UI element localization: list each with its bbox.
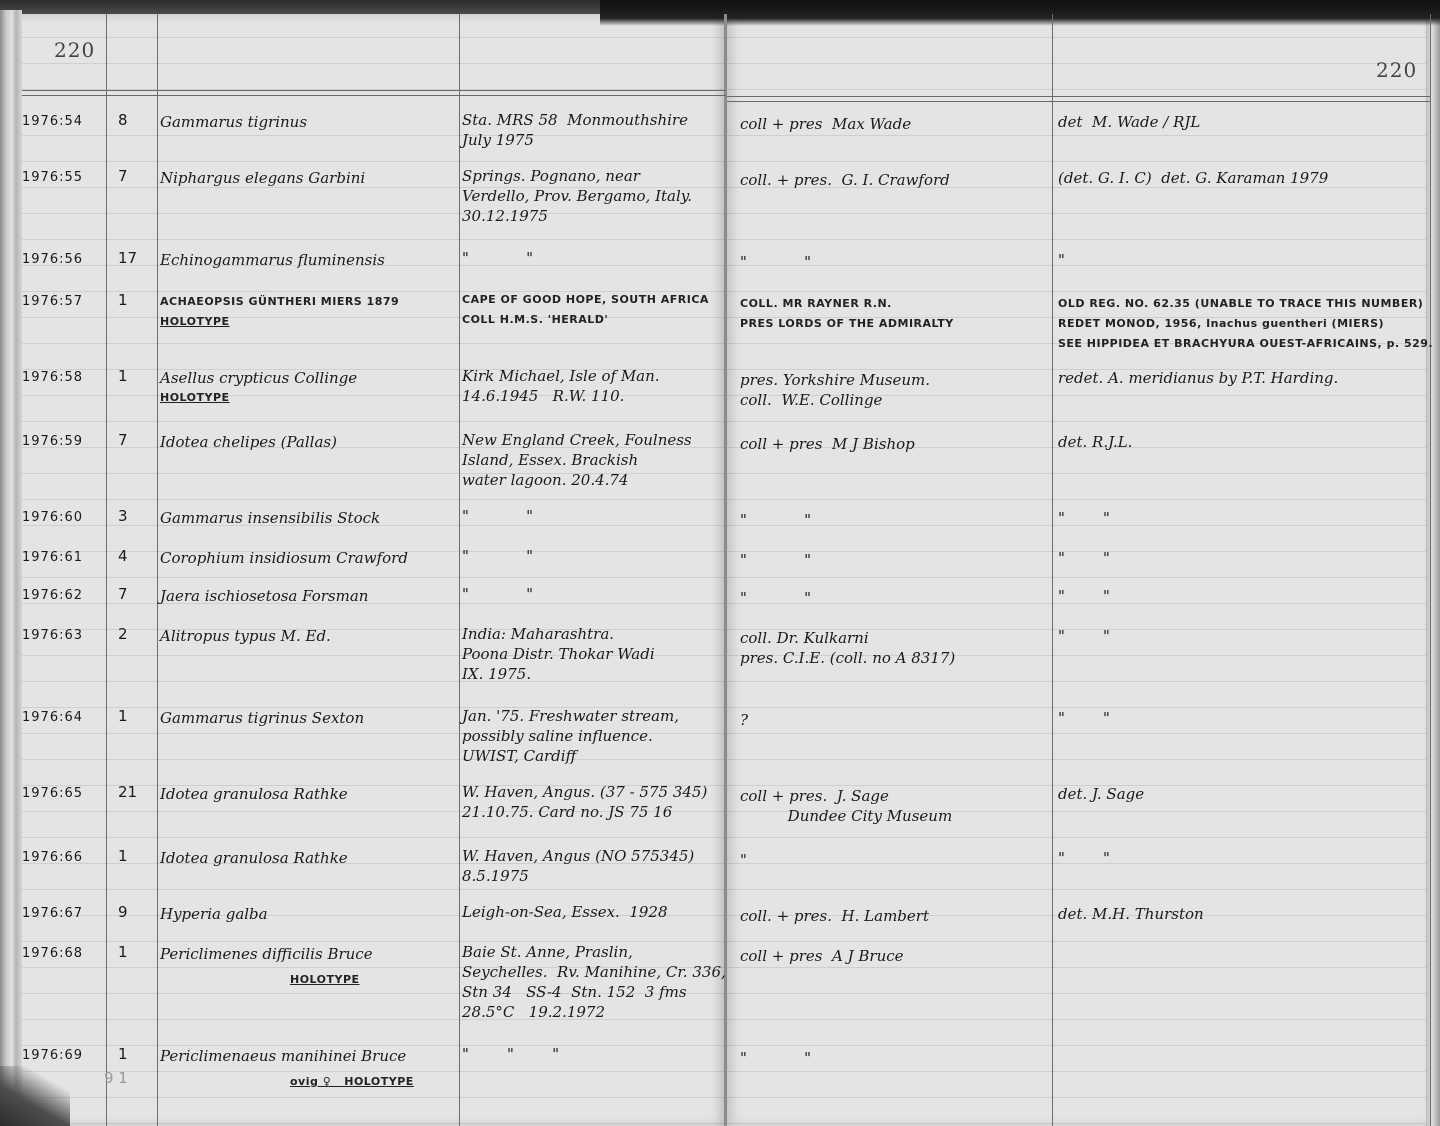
page-edge bbox=[1426, 20, 1440, 1126]
species-name: Idotea granulosa Rathke bbox=[160, 848, 348, 868]
determination-remarks: det. M.H. Thurston bbox=[1058, 904, 1204, 924]
locality: Leigh-on-Sea, Essex. 1928 bbox=[462, 902, 668, 922]
specimen-count: 4 bbox=[118, 546, 128, 566]
register-number: 1976:63 bbox=[22, 626, 83, 646]
specimen-count: 17 bbox=[118, 248, 137, 268]
collector-presenter: ? bbox=[740, 710, 748, 730]
specimen-count: 8 bbox=[118, 110, 128, 130]
specimen-count: 7 bbox=[118, 584, 128, 604]
determination-remarks: det M. Wade / RJL bbox=[1058, 112, 1200, 132]
locality: Jan. '75. Freshwater stream, possibly sa… bbox=[462, 706, 679, 766]
specimen-count: 7 bbox=[118, 166, 128, 186]
locality: W. Haven, Angus. (37 - 575 345) 21.10.75… bbox=[462, 782, 707, 822]
species-name: Jaera ischiosetosa Forsman bbox=[160, 586, 368, 606]
specimen-count: 1 bbox=[118, 290, 128, 310]
species-name: Niphargus elegans Garbini bbox=[160, 168, 365, 188]
specimen-count: 1 bbox=[118, 366, 128, 386]
locality: W. Haven, Angus (NO 575345) 8.5.1975 bbox=[462, 846, 694, 886]
collector-presenter: " " bbox=[740, 588, 811, 608]
species-name: Periclimenaeus manihinei Bruce bbox=[160, 1046, 406, 1066]
locality: CAPE OF GOOD HOPE, SOUTH AFRICA COLL H.M… bbox=[462, 290, 709, 330]
determination-remarks: " bbox=[1058, 250, 1065, 270]
collector-presenter: coll + pres A J Bruce bbox=[740, 946, 904, 966]
column-rule bbox=[157, 14, 158, 1126]
collector-presenter: " " bbox=[740, 550, 811, 570]
determination-remarks: det. J. Sage bbox=[1058, 784, 1144, 804]
specimen-count: 1 bbox=[118, 1044, 128, 1064]
register-number: 1976:56 bbox=[22, 250, 83, 270]
register-number: 1976:60 bbox=[22, 508, 83, 528]
column-rule bbox=[1430, 14, 1431, 1126]
collector-presenter: " bbox=[740, 850, 747, 870]
species-name: Gammarus tigrinus bbox=[160, 112, 307, 132]
species-name: Idotea chelipes (Pallas) bbox=[160, 432, 337, 452]
type-status: HOLOTYPE bbox=[290, 970, 360, 990]
right-page-number: 220 bbox=[1376, 58, 1417, 82]
determination-remarks: " " bbox=[1058, 626, 1110, 646]
left-page-number: 220 bbox=[54, 38, 95, 62]
locality: Springs. Pognano, near Verdello, Prov. B… bbox=[462, 166, 692, 226]
determination-remarks: " " bbox=[1058, 848, 1110, 868]
determination-remarks: " " bbox=[1058, 586, 1110, 606]
specimen-count: 21 bbox=[118, 782, 137, 802]
specimen-count: 1 bbox=[118, 706, 128, 726]
specimen-count: 1 bbox=[118, 846, 128, 866]
determination-remarks: redet. A. meridianus by P.T. Harding. bbox=[1058, 368, 1338, 388]
register-number: 1976:57 bbox=[22, 292, 83, 312]
species-name: Idotea granulosa Rathke bbox=[160, 784, 348, 804]
collector-presenter: coll. + pres. G. I. Crawford bbox=[740, 170, 950, 190]
locality: India: Maharashtra. Poona Distr. Thokar … bbox=[462, 624, 655, 684]
register-number: 1976:54 bbox=[22, 112, 83, 132]
species-name: Hyperia galba bbox=[160, 904, 268, 924]
species-name: Alitropus typus M. Ed. bbox=[160, 626, 331, 646]
locality: " " " bbox=[462, 1044, 559, 1064]
register-book: 220 220 1976:548Gammarus tigrinusSta. MR… bbox=[0, 0, 1440, 1126]
species-name: Asellus crypticus Collinge bbox=[160, 368, 357, 388]
collector-presenter: pres. Yorkshire Museum. coll. W.E. Colli… bbox=[740, 370, 930, 410]
register-number: 1976:64 bbox=[22, 708, 83, 728]
locality: Baie St. Anne, Praslin, Seychelles. Rv. … bbox=[462, 942, 726, 1022]
collector-presenter: " " bbox=[740, 252, 811, 272]
specimen-count: 1 bbox=[118, 942, 128, 962]
register-number: 1976:65 bbox=[22, 784, 83, 804]
species-name: Gammarus tigrinus Sexton bbox=[160, 708, 364, 728]
register-number: 1976:55 bbox=[22, 168, 83, 188]
collector-presenter: " " bbox=[740, 510, 811, 530]
register-number: 1976:62 bbox=[22, 586, 83, 606]
determination-remarks: " " bbox=[1058, 708, 1110, 728]
register-number: 1976:68 bbox=[22, 944, 83, 964]
locality: " " bbox=[462, 584, 533, 604]
collector-presenter: COLL. MR RAYNER R.N. PRES LORDS OF THE A… bbox=[740, 294, 954, 334]
collector-presenter: coll + pres. J. Sage Dundee City Museum bbox=[740, 786, 952, 826]
column-rule bbox=[1052, 14, 1053, 1126]
collector-presenter: coll. + pres. H. Lambert bbox=[740, 906, 929, 926]
species-name: Echinogammarus fluminensis bbox=[160, 250, 385, 270]
determination-remarks: OLD REG. NO. 62.35 (UNABLE TO TRACE THIS… bbox=[1058, 294, 1433, 354]
locality: " " bbox=[462, 546, 533, 566]
specimen-count: 7 bbox=[118, 430, 128, 450]
determination-remarks: det. R.J.L. bbox=[1058, 432, 1132, 452]
register-number: 1976:59 bbox=[22, 432, 83, 452]
column-rule bbox=[106, 14, 107, 1126]
specimen-count: 2 bbox=[118, 624, 128, 644]
collector-presenter: coll. Dr. Kulkarni pres. C.I.E. (coll. n… bbox=[740, 628, 955, 668]
locality: Kirk Michael, Isle of Man. 14.6.1945 R.W… bbox=[462, 366, 660, 406]
register-number: 1976:66 bbox=[22, 848, 83, 868]
locality: Sta. MRS 58 Monmouthshire July 1975 bbox=[462, 110, 688, 150]
header-rule-left bbox=[22, 90, 726, 96]
register-number: 1976:61 bbox=[22, 548, 83, 568]
register-number: 1976:69 bbox=[22, 1046, 83, 1066]
register-number: 1976:67 bbox=[22, 904, 83, 924]
specimen-count: 9 bbox=[118, 902, 128, 922]
header-rule-right bbox=[727, 96, 1430, 102]
corner-shadow bbox=[0, 1066, 70, 1126]
locality: " " bbox=[462, 506, 533, 526]
collector-presenter: " " bbox=[740, 1048, 811, 1068]
species-name: ACHAEOPSIS GÜNTHERI MIERS 1879 bbox=[160, 292, 399, 312]
determination-remarks: " " bbox=[1058, 548, 1110, 568]
collector-presenter: coll + pres Max Wade bbox=[740, 114, 911, 134]
register-number: 1976:58 bbox=[22, 368, 83, 388]
column-rule bbox=[459, 14, 460, 1126]
determination-remarks: " " bbox=[1058, 508, 1110, 528]
locality: New England Creek, Foulness Island, Esse… bbox=[462, 430, 692, 490]
species-name: Periclimenes difficilis Bruce bbox=[160, 944, 373, 964]
determination-remarks: (det. G. I. C) det. G. Karaman 1979 bbox=[1058, 168, 1328, 188]
type-status: HOLOTYPE bbox=[160, 388, 230, 408]
species-name: Corophium insidiosum Crawford bbox=[160, 548, 408, 568]
locality: " " bbox=[462, 248, 533, 268]
collector-presenter: coll + pres M J Bishop bbox=[740, 434, 915, 454]
margin-note: 9 1 bbox=[104, 1068, 128, 1088]
specimen-count: 3 bbox=[118, 506, 128, 526]
type-status: ovig ♀ HOLOTYPE bbox=[290, 1072, 414, 1092]
type-status: HOLOTYPE bbox=[160, 312, 230, 332]
species-name: Gammarus insensibilis Stock bbox=[160, 508, 380, 528]
book-binding bbox=[0, 10, 22, 1126]
